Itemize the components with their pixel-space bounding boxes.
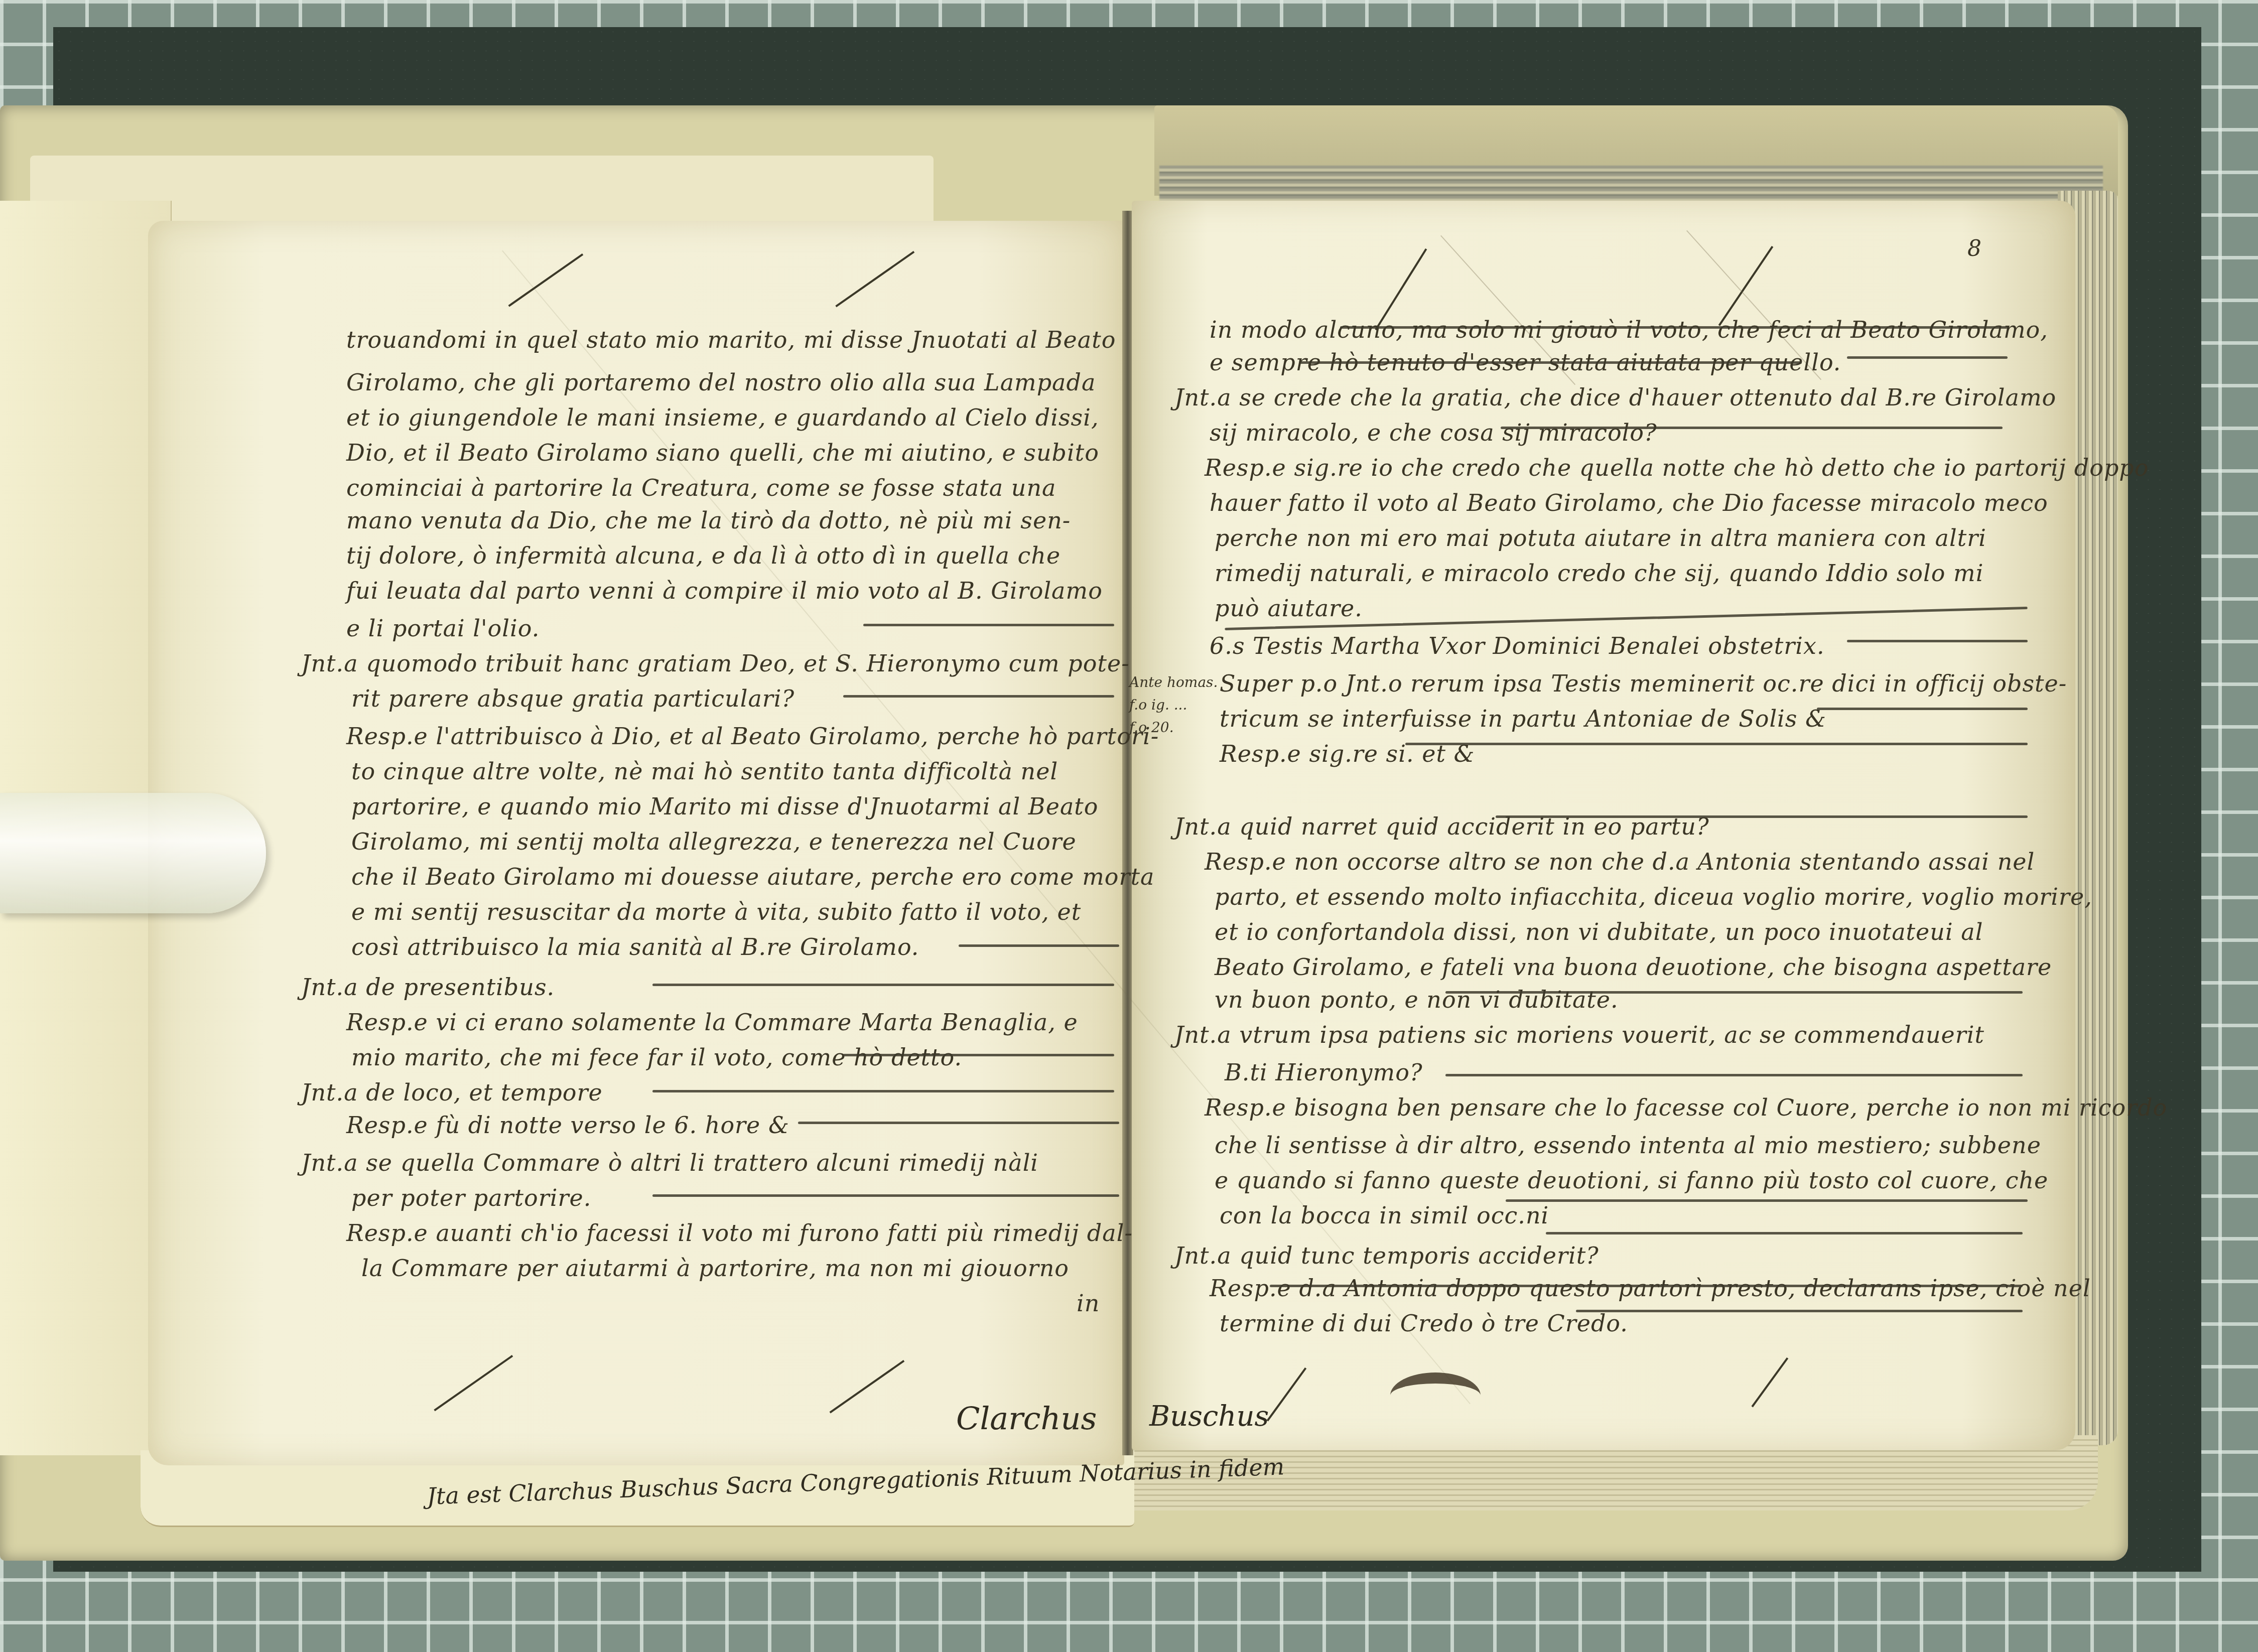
fill-rule: [1576, 1310, 2023, 1312]
fill-rule: [1847, 356, 2008, 359]
text-line: e quando si fanno queste deuotioni, si f…: [1215, 1167, 2048, 1194]
margin-note-line: f.o 20.: [1129, 718, 1174, 738]
text-line: partorire, e quando mio Marito mi disse …: [351, 793, 1099, 820]
fill-rule: [1405, 743, 2028, 745]
text-line: Resp.e fù di notte verso le 6. hore &: [346, 1112, 789, 1139]
text-line: hauer fatto il voto al Beato Girolamo, c…: [1210, 489, 2048, 516]
text-line: Jnt.a de loco, et tempore: [301, 1079, 603, 1106]
text-line: Jnt.a vtrum ipsa patiens sic moriens vou…: [1174, 1021, 1984, 1048]
notary-signature: Buschus: [1149, 1400, 1269, 1433]
fill-rule: [1501, 427, 2003, 429]
text-line: con la bocca in simil occ.ni: [1220, 1202, 1549, 1229]
text-line: tij dolore, ò infermità alcuna, e da lì …: [346, 542, 1060, 569]
text-line: Resp.e bisogna ben pensare che lo facess…: [1205, 1094, 2167, 1121]
fill-rule: [863, 624, 1114, 626]
fill-rule: [798, 1122, 1119, 1124]
text-line: termine di dui Credo ò tre Credo.: [1220, 1310, 1628, 1337]
text-line: tricum se interfuisse in partu Antoniae …: [1220, 705, 1826, 732]
text-line: et io confortandola dissi, non vi dubita…: [1215, 918, 1983, 945]
text-line: to cinque altre volte, nè mai hò sentito…: [351, 758, 1058, 785]
text-line: Dio, et il Beato Girolamo siano quelli, …: [346, 439, 1099, 466]
fill-rule: [843, 695, 1114, 698]
fill-rule: [843, 1054, 1114, 1056]
fill-rule: [1445, 991, 2023, 994]
text-line: parto, et essendo molto infiacchita, dic…: [1215, 883, 2092, 910]
text-line: mio marito, che mi fece far il voto, com…: [351, 1044, 962, 1071]
text-line: Jnt.a se quella Commare ò altri li tratt…: [301, 1149, 1038, 1176]
text-line: così attribuisco la mia sanità al B.re G…: [351, 933, 919, 960]
fill-rule: [652, 1194, 1119, 1197]
text-line: in modo alcuno, ma solo mi giouò il voto…: [1210, 316, 2048, 343]
text-line: e mi sentij resuscitar da morte à vita, …: [351, 898, 1081, 925]
text-line: trouandomi in quel stato mio marito, mi …: [346, 326, 1116, 353]
fill-rule: [1546, 1232, 2023, 1234]
fill-rule: [1445, 1074, 2023, 1076]
text-line: Resp.e non occorse altro se non che d.a …: [1205, 848, 2035, 875]
text-line: rit parere absque gratia particulari?: [351, 685, 794, 712]
text-line: Resp.e sig.re io che credo che quella no…: [1205, 454, 2149, 481]
text-line: et io giungendole le mani insieme, e gua…: [346, 404, 1099, 431]
fill-rule: [652, 984, 1114, 986]
page-number: 8: [1967, 236, 1981, 261]
text-line: Beato Girolamo, e fateli vna buona deuot…: [1215, 953, 2052, 981]
text-line: e li portai l'olio.: [346, 615, 540, 642]
fill-rule: [959, 944, 1119, 947]
notary-signature: Clarchus: [956, 1400, 1097, 1437]
catchword: in: [1077, 1290, 1100, 1317]
text-line: che li sentisse à dir altro, essendo int…: [1215, 1132, 2041, 1159]
text-line: Super p.o Jnt.o rerum ipsa Testis memine…: [1220, 670, 2067, 697]
fill-rule: [1847, 640, 2028, 642]
text-line: B.ti Hieronymo?: [1225, 1059, 1423, 1086]
fill-rule: [1817, 708, 2028, 710]
text-line: perche non mi ero mai potuta aiutare in …: [1215, 524, 1986, 552]
text-line: Girolamo, che gli portaremo del nostro o…: [346, 369, 1096, 396]
text-line: sij miracolo, e che cosa sij miracolo?: [1210, 419, 1657, 446]
text-line: Resp.e d.a Antonia doppo questo partorì …: [1210, 1275, 2091, 1302]
text-line: Girolamo, mi sentij molta allegrezza, e …: [351, 828, 1077, 855]
text-line: Jnt.a quid tunc temporis acciderit?: [1174, 1242, 1599, 1269]
witness-heading: 6.s Testis Martha Vxor Dominici Benalei …: [1210, 632, 1825, 659]
text-line: vn buon ponto, e non vi dubitate.: [1215, 986, 1619, 1013]
ink-blot: [1390, 1372, 1481, 1419]
underline: [1340, 326, 2008, 329]
underline: [1300, 361, 1802, 364]
text-line: cominciai à partorire la Creatura, come …: [346, 474, 1056, 501]
text-line: Jnt.a de presentibus.: [301, 974, 555, 1001]
text-line: Jnt.a quomodo tribuit hanc gratiam Deo, …: [301, 650, 1130, 677]
text-line: mano venuta da Dio, che me la tirò da do…: [346, 507, 1071, 534]
text-line: può aiutare.: [1215, 595, 1363, 622]
fill-rule: [652, 1090, 1114, 1092]
text-line: che il Beato Girolamo mi douesse aiutare…: [351, 863, 1154, 890]
underline: [1270, 1285, 2023, 1287]
text-line: Resp.e l'attribuisco à Dio, et al Beato …: [346, 723, 1159, 750]
text-line: fui leuata dal parto venni à compire il …: [346, 577, 1103, 604]
margin-note-line: f.o ig. ...: [1129, 695, 1187, 715]
text-line: Jnt.a se crede che la gratia, che dice d…: [1174, 384, 2056, 411]
margin-note-line: Ante homas.: [1129, 672, 1218, 693]
text-line: Resp.e auanti ch'io facessi il voto mi f…: [346, 1219, 1133, 1247]
fill-rule: [1496, 815, 2028, 818]
text-line: rimedij naturali, e miracolo credo che s…: [1215, 560, 1983, 587]
fill-rule: [1506, 1199, 2028, 1202]
text-line: la Commare per aiutarmi à partorire, ma …: [361, 1255, 1069, 1282]
glass-page-weight: [0, 793, 266, 913]
text-line: per poter partorire.: [351, 1184, 591, 1211]
text-line: Resp.e vi ci erano solamente la Commare …: [346, 1009, 1078, 1036]
